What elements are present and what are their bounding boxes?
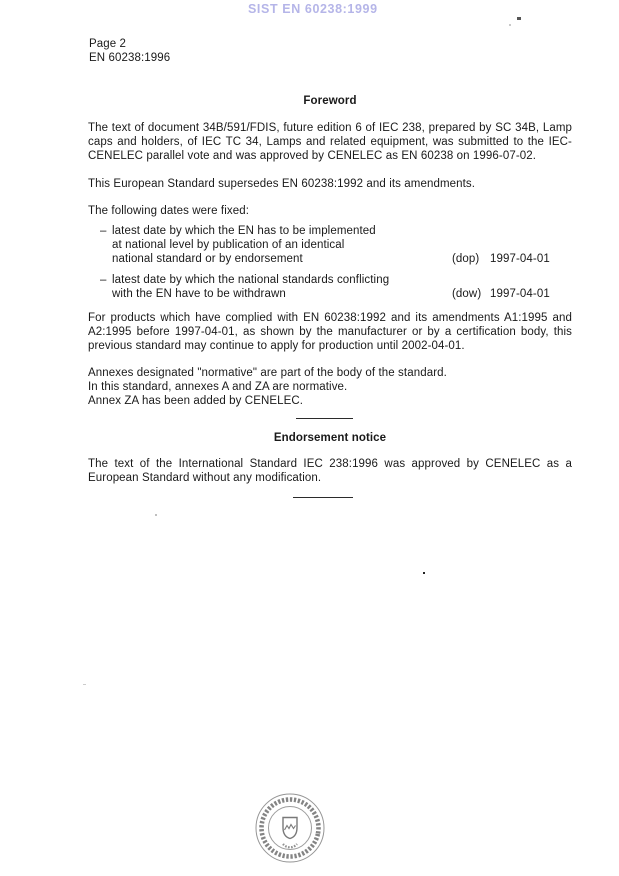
date-item-dop-line-2: at national level by publication of an i…: [112, 238, 344, 252]
standard-number: EN 60238:1996: [89, 51, 170, 65]
circular-ministry-seal-icon: [252, 790, 328, 866]
annex-note-line-2: In this standard, annexes A and ZA are n…: [88, 380, 347, 394]
foreword-title: Foreword: [88, 94, 572, 108]
dop-label: (dop): [452, 252, 479, 266]
annex-note-line-3: Annex ZA has been added by CENELEC.: [88, 394, 303, 408]
date-item-dow-line-1: latest date by which the national standa…: [112, 273, 389, 287]
foreword-paragraph-1: The text of document 34B/591/FDIS, futur…: [88, 121, 572, 163]
annex-note-line-1: Annexes designated "normative" are part …: [88, 366, 447, 380]
watermark-text: SIST EN 60238:1999: [248, 2, 378, 16]
bullet-dash: –: [100, 273, 110, 287]
scanned-document-page: SIST EN 60238:1999 Page 2 EN 60238:1996 …: [0, 0, 619, 876]
scan-artifact: [517, 17, 521, 20]
scan-artifact: [155, 514, 157, 516]
scan-artifact: [509, 24, 511, 26]
endorsement-title: Endorsement notice: [88, 431, 572, 445]
section-separator-line: [296, 418, 353, 419]
dates-fixed-intro: The following dates were fixed:: [88, 204, 249, 218]
scan-artifact: [423, 572, 425, 574]
section-separator-line: [293, 497, 353, 498]
foreword-paragraph-2: This European Standard supersedes EN 602…: [88, 177, 475, 191]
date-item-dop-line-3: national standard or by endorsement: [112, 252, 303, 266]
endorsement-paragraph: The text of the International Standard I…: [88, 457, 572, 485]
dow-label: (dow): [452, 287, 481, 301]
date-item-dow-line-2: with the EN have to be withdrawn: [112, 287, 286, 301]
page-number: Page 2: [89, 37, 126, 51]
date-item-dop-line-1: latest date by which the EN has to be im…: [112, 224, 376, 238]
dop-date: 1997-04-01: [490, 252, 550, 266]
scan-artifact: [83, 684, 86, 685]
bullet-dash: –: [100, 224, 110, 238]
foreword-paragraph-3: For products which have complied with EN…: [88, 311, 572, 353]
dow-date: 1997-04-01: [490, 287, 550, 301]
